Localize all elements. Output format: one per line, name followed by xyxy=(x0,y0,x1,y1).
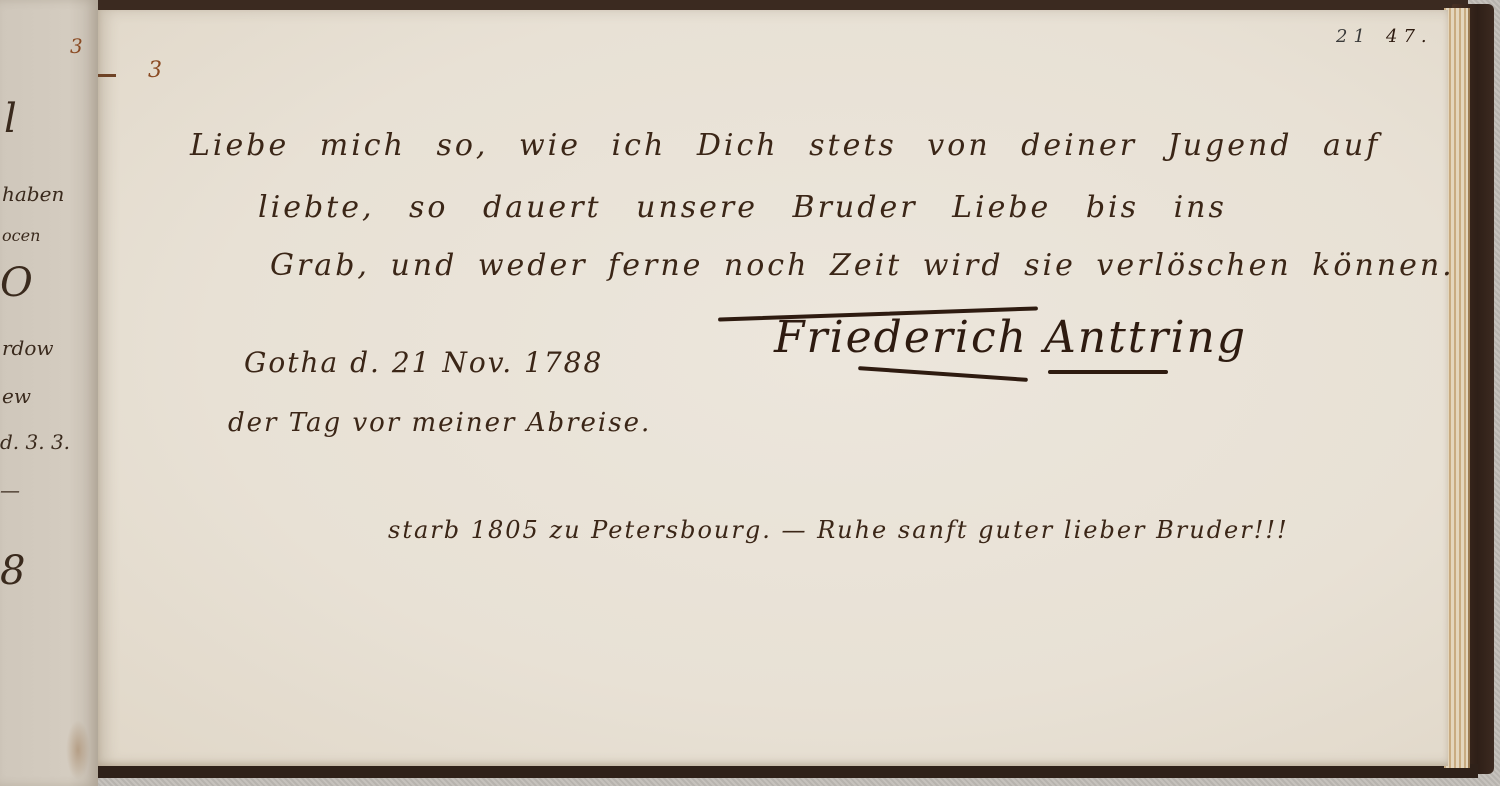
page-number-ink: 47. xyxy=(1386,26,1433,47)
previous-page-fragment: 8 xyxy=(0,548,25,594)
page-number-left: 3 xyxy=(148,58,162,83)
previous-page-fragment: rdow xyxy=(2,336,54,360)
signature-flourish-bottom xyxy=(1048,370,1168,374)
signature: Friederich Anttring xyxy=(774,312,1247,363)
manuscript-page: 3 21 47. Liebe mich so, wie ich Dich ste… xyxy=(98,10,1448,766)
previous-page-fragment: l xyxy=(4,96,17,142)
cover-bottom-edge xyxy=(98,764,1478,778)
previous-page-fragment: haben xyxy=(2,182,64,206)
entry-line-3: Grab, und weder ferne noch Zeit wird sie… xyxy=(270,248,1455,283)
previous-page-fragment: O xyxy=(0,260,33,306)
previous-page-fragment: ew xyxy=(2,384,31,408)
cover-top-edge xyxy=(98,0,1468,10)
signature-flourish-bottom xyxy=(858,366,1028,382)
previous-page-fragment: — xyxy=(0,478,20,502)
water-stain xyxy=(66,720,90,780)
margin-dash xyxy=(98,74,116,77)
later-death-note: starb 1805 zu Petersbourg. — Ruhe sanft … xyxy=(388,516,1289,544)
previous-page-fragment: ocen xyxy=(2,226,40,245)
page-number-pencil: 21 xyxy=(1336,26,1371,47)
place-date: Gotha d. 21 Nov. 1788 xyxy=(244,346,603,379)
entry-line-2: liebte, so dauert unsere Bruder Liebe bi… xyxy=(258,190,1227,225)
previous-page-edge: 3 l haben ocen O rdow ew d. 3. 3. — 8 xyxy=(0,0,98,786)
date-note: der Tag vor meiner Abreise. xyxy=(228,408,651,438)
previous-page-number: 3 xyxy=(70,34,83,58)
entry-line-1: Liebe mich so, wie ich Dich stets von de… xyxy=(190,128,1380,163)
previous-page-fragment: d. 3. 3. xyxy=(0,430,70,454)
